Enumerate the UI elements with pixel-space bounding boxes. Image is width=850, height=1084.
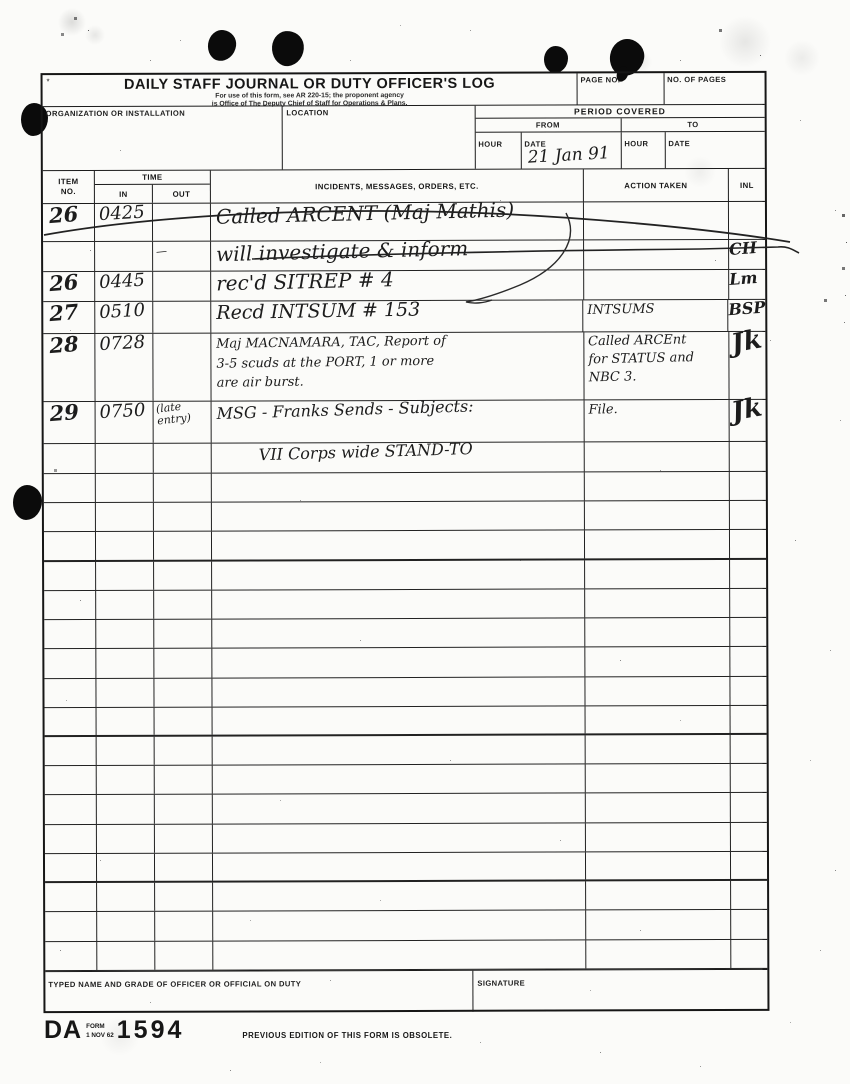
journal-entry-row: 260425Called ARCENT (Maj Mathis) <box>43 202 765 242</box>
period-covered-box: PERIOD COVERED FROM TO HOUR DATE 21 Jan … <box>475 105 765 169</box>
from-date-value: 21 Jan 91 <box>527 143 610 168</box>
time-out-cell <box>153 334 211 401</box>
time-out-cell: — <box>153 242 211 271</box>
handwritten-text: 0510 <box>99 301 146 323</box>
item-no-cell <box>44 649 96 677</box>
time-out-cell <box>155 737 213 765</box>
organization-label: ORGANIZATION OR INSTALLATION <box>46 108 279 118</box>
incidents-cell <box>213 794 586 823</box>
initials-cell <box>729 202 765 239</box>
handwritten-text: INTSUMS <box>587 301 655 321</box>
incidents-cell <box>213 706 586 734</box>
journal-empty-row <box>44 618 766 649</box>
incidents-cell <box>212 472 585 501</box>
time-out-cell <box>154 503 212 531</box>
handwritten-text: 28 <box>49 333 80 358</box>
period-from-label: FROM <box>475 118 621 131</box>
time-in-cell <box>96 444 154 473</box>
handwritten-text: Called ARCEnt for STATUS and NBC 3. <box>588 331 695 388</box>
action-taken-cell: File. <box>585 400 730 441</box>
journal-empty-row <box>44 589 766 620</box>
journal-empty-row <box>45 910 767 941</box>
item-no-cell <box>45 708 97 735</box>
initials-cell: Jk <box>729 332 765 399</box>
typed-name-box: TYPED NAME AND GRADE OF OFFICER OR OFFIC… <box>45 971 473 1013</box>
time-out-cell <box>155 824 213 852</box>
item-no-cell <box>45 795 97 823</box>
journal-empty-row <box>44 472 766 503</box>
item-no-cell <box>44 532 96 559</box>
handwritten-text: 0750 <box>99 401 146 423</box>
incidents-cell: MSG - Franks Sends - Subjects: <box>212 400 585 442</box>
incidents-cell: will investigate & inform <box>211 240 584 270</box>
corner-mark: * <box>47 77 50 86</box>
time-in-cell: 0510 <box>95 302 153 333</box>
item-no-cell <box>45 737 97 765</box>
time-in-cell: 0728 <box>95 334 153 401</box>
typed-name-label: TYPED NAME AND GRADE OF OFFICER OR OFFIC… <box>48 979 301 989</box>
time-in-cell <box>96 678 154 706</box>
initials-cell <box>730 589 766 617</box>
form-edition: FORM 1 NOV 62 <box>86 1022 114 1041</box>
time-out-cell <box>153 302 211 333</box>
time-in-cell: 0425 <box>95 204 153 241</box>
handwritten-text: Lm <box>729 269 758 288</box>
incidents-cell: Recd INTSUM # 153 <box>211 300 583 332</box>
location-label: LOCATION <box>286 108 470 118</box>
journal-rows: 260425Called ARCENT (Maj Mathis)—will in… <box>43 202 767 971</box>
initials-cell <box>730 472 766 500</box>
time-in-cell <box>97 941 155 969</box>
journal-empty-row <box>45 881 767 912</box>
time-out-cell <box>154 532 212 559</box>
item-no-cell <box>44 503 96 531</box>
time-out-cell <box>154 444 212 473</box>
action-taken-cell <box>586 910 731 939</box>
initials-cell <box>731 881 767 909</box>
incidents-header: INCIDENTS, MESSAGES, ORDERS, ETC. <box>211 169 584 202</box>
initials-cell <box>731 910 767 938</box>
item-no-cell <box>44 444 96 473</box>
handwritten-text: Maj MACNAMARA, TAC, Report of 3-5 scuds … <box>216 332 446 394</box>
journal-empty-row <box>45 822 767 853</box>
incidents-cell <box>213 881 586 910</box>
handwritten-text: Jk <box>729 393 764 426</box>
time-in-cell <box>97 912 155 940</box>
action-taken-header: ACTION TAKEN <box>584 169 729 201</box>
action-taken-cell <box>585 472 730 501</box>
time-out-cell <box>155 883 213 911</box>
handwritten-text: — <box>155 245 167 258</box>
incidents-cell: Called ARCENT (Maj Mathis) <box>211 202 584 240</box>
incidents-cell <box>213 852 586 880</box>
action-taken-cell <box>584 202 729 239</box>
item-no-cell <box>45 912 97 940</box>
from-hour-label: HOUR <box>478 140 502 149</box>
journal-empty-row <box>44 647 766 678</box>
time-out-cell <box>154 678 212 706</box>
incidents-cell <box>213 940 586 969</box>
handwritten-text: 0425 <box>98 203 145 225</box>
journal-empty-row <box>45 939 767 970</box>
action-taken-cell <box>585 618 730 647</box>
initials-cell: Lm <box>729 270 765 299</box>
da-prefix: DA <box>44 1018 82 1043</box>
item-no-cell <box>44 620 96 648</box>
no-of-pages-box: NO. OF PAGES <box>664 73 765 104</box>
time-in-cell <box>96 561 154 589</box>
handwritten-text: Jk <box>729 325 764 358</box>
action-taken-cell <box>586 881 731 910</box>
item-no-cell <box>45 766 97 794</box>
da-form-1594: * DAILY STAFF JOURNAL OR DUTY OFFICER'S … <box>41 71 770 1013</box>
action-taken-cell <box>585 442 730 471</box>
journal-empty-row <box>44 530 766 561</box>
ink-blob-2 <box>270 29 305 67</box>
initials-cell <box>730 530 766 557</box>
time-label: TIME <box>95 171 210 185</box>
time-in-cell <box>95 242 153 271</box>
handwritten-text: VII Corps wide STAND-TO <box>259 440 473 464</box>
action-taken-cell <box>585 530 730 558</box>
time-out-cell: (late entry) <box>154 402 212 443</box>
time-in-cell: 0445 <box>95 272 153 301</box>
item-no-cell: 26 <box>43 204 95 241</box>
action-taken-cell <box>586 706 731 734</box>
handwritten-text: File. <box>588 401 618 420</box>
item-no-cell <box>44 591 96 619</box>
action-taken-cell <box>584 270 729 299</box>
time-in-cell <box>97 824 155 852</box>
journal-empty-row <box>45 793 767 824</box>
action-taken-cell <box>586 764 731 793</box>
journal-entry-row: —will investigate & informCH <box>43 240 765 272</box>
item-no-cell: 27 <box>43 302 95 333</box>
to-date-label: DATE <box>668 139 690 148</box>
form-date: 1 NOV 62 <box>86 1032 114 1039</box>
to-hour-label: HOUR <box>624 139 648 148</box>
incidents-cell <box>212 560 585 589</box>
initials-cell <box>731 793 767 821</box>
time-in-cell <box>97 883 155 911</box>
incidents-cell <box>213 823 586 852</box>
action-taken-cell <box>585 560 730 589</box>
time-in-cell <box>97 854 155 881</box>
initials-cell <box>731 852 767 879</box>
handwritten-text: 0445 <box>99 271 146 293</box>
time-in-cell <box>97 766 155 794</box>
initials-header: INL <box>729 169 765 201</box>
period-to-label: TO <box>621 118 764 131</box>
time-in-cell <box>96 620 154 648</box>
title-cell: * DAILY STAFF JOURNAL OR DUTY OFFICER'S … <box>43 73 578 106</box>
item-no-cell <box>44 562 96 590</box>
time-out-cell <box>154 620 212 648</box>
scan-noise <box>0 0 1 1</box>
incidents-cell: VII Corps wide STAND-TO <box>212 442 585 472</box>
time-out-cell <box>155 912 213 940</box>
item-no-header: ITEMNO. <box>43 171 95 203</box>
handwritten-text: Called ARCENT (Maj Mathis) <box>216 200 515 229</box>
handwritten-text: Recd INTSUM # 153 <box>216 300 420 324</box>
no-of-pages-label: NO. OF PAGES <box>667 75 761 84</box>
incidents-cell <box>212 619 585 648</box>
page-no-box: PAGE NO. <box>578 73 665 104</box>
time-in-cell <box>96 591 154 619</box>
handwritten-text: 26 <box>48 203 79 228</box>
handwritten-text: (late entry) <box>155 400 191 428</box>
incidents-cell <box>212 531 585 559</box>
item-no-cell <box>45 941 97 969</box>
action-taken-cell <box>585 677 730 706</box>
time-in-cell <box>97 795 155 823</box>
binder-mark-2 <box>13 485 42 520</box>
time-in-cell <box>97 737 155 765</box>
time-out-cell <box>155 853 213 880</box>
initials-cell <box>730 647 766 675</box>
initials-cell <box>731 706 767 733</box>
action-taken-cell <box>586 939 731 968</box>
initials-cell <box>730 560 766 588</box>
journal-entry-row: 280728Maj MACNAMARA, TAC, Report of 3-5 … <box>43 332 765 402</box>
journal-empty-row <box>44 560 766 591</box>
time-out-cell <box>153 204 211 241</box>
incidents-cell <box>213 911 586 940</box>
time-in-header: IN <box>95 185 153 203</box>
time-in-cell <box>96 532 154 559</box>
journal-empty-row <box>44 501 766 532</box>
incidents-cell <box>212 648 585 677</box>
handwritten-text: 26 <box>48 271 79 296</box>
initials-cell <box>730 618 766 646</box>
time-out-cell <box>153 272 211 301</box>
action-taken-cell <box>585 501 730 530</box>
from-date-box: DATE 21 Jan 91 <box>521 132 621 168</box>
journal-entry-row: VII Corps wide STAND-TO <box>44 442 766 474</box>
signature-box: SIGNATURE <box>473 970 767 1012</box>
journal-entry-row: 290750(late entry)MSG - Franks Sends - S… <box>44 400 766 444</box>
initials-cell <box>730 676 766 704</box>
from-hour-box: HOUR <box>475 133 521 169</box>
page-no-label: PAGE NO. <box>581 75 661 84</box>
form-number: 1594 <box>117 1018 185 1043</box>
journal-empty-row <box>45 852 767 883</box>
journal-entry-row: 270510Recd INTSUM # 153INTSUMSBSP <box>43 300 765 334</box>
handwritten-text: 27 <box>48 301 79 326</box>
journal-empty-row <box>45 764 767 795</box>
handwritten-text: MSG - Franks Sends - Subjects: <box>216 397 473 422</box>
action-taken-cell <box>586 793 731 822</box>
obsolete-note: PREVIOUS EDITION OF THIS FORM IS OBSOLET… <box>242 1031 452 1040</box>
journal-entry-row: 260445rec'd SITREP # 4Lm <box>43 270 765 302</box>
incidents-cell <box>213 735 586 764</box>
period-covered-label: PERIOD COVERED <box>475 105 764 119</box>
initials-cell <box>730 501 766 529</box>
action-taken-cell: INTSUMS <box>583 300 728 331</box>
time-in-cell <box>96 503 154 531</box>
form-word: FORM <box>86 1023 105 1030</box>
org-band: ORGANIZATION OR INSTALLATION LOCATION PE… <box>43 105 765 171</box>
handwritten-text: 0728 <box>99 333 146 355</box>
action-taken-cell <box>586 735 731 764</box>
action-taken-cell: Called ARCEnt for STATUS and NBC 3. <box>584 332 729 399</box>
incidents-cell <box>213 765 586 794</box>
item-no-cell <box>45 883 97 911</box>
form-footer: DA FORM 1 NOV 62 1594 PREVIOUS EDITION O… <box>44 1018 452 1043</box>
action-taken-cell <box>585 647 730 676</box>
initials-cell <box>731 764 767 792</box>
item-no-cell <box>45 825 97 853</box>
ink-blob-1 <box>206 28 238 63</box>
time-in-cell: 0750 <box>96 402 154 443</box>
handwritten-text: 29 <box>49 401 80 426</box>
time-in-cell <box>96 474 154 502</box>
time-out-cell <box>154 474 212 502</box>
action-taken-cell <box>585 589 730 618</box>
incidents-cell <box>212 502 585 531</box>
initials-cell <box>730 442 766 471</box>
action-taken-cell <box>586 852 731 880</box>
handwritten-text: BSP <box>728 299 766 319</box>
initials-cell <box>731 939 767 967</box>
time-out-cell <box>154 561 212 589</box>
handwritten-text: rec'd SITREP # 4 <box>216 269 394 295</box>
typed-name-band: TYPED NAME AND GRADE OF OFFICER OR OFFIC… <box>45 969 767 1013</box>
form-title: DAILY STAFF JOURNAL OR DUTY OFFICER'S LO… <box>43 75 577 93</box>
organization-box: ORGANIZATION OR INSTALLATION <box>43 106 283 170</box>
incidents-cell: rec'd SITREP # 4 <box>211 270 584 300</box>
incidents-cell <box>212 589 585 618</box>
initials-cell <box>731 822 767 850</box>
initials-cell: Jk <box>730 400 766 441</box>
title-band: * DAILY STAFF JOURNAL OR DUTY OFFICER'S … <box>43 73 765 107</box>
time-in-cell <box>97 708 155 735</box>
incidents-cell: Maj MACNAMARA, TAC, Report of 3-5 scuds … <box>211 332 584 400</box>
initials-cell: CH <box>729 240 765 269</box>
item-no-cell: 28 <box>43 334 95 401</box>
initials-cell <box>731 735 767 763</box>
item-no-cell <box>44 474 96 502</box>
to-date-box: DATE <box>665 132 764 168</box>
incidents-cell <box>212 677 585 706</box>
time-out-header: OUT <box>153 185 210 203</box>
time-out-cell <box>154 590 212 618</box>
column-header-row: ITEMNO. TIME IN OUT INCIDENTS, MESSAGES,… <box>43 169 765 204</box>
time-out-cell <box>155 795 213 823</box>
time-out-cell <box>155 707 213 734</box>
journal-empty-row <box>45 735 767 766</box>
item-no-cell: 29 <box>44 402 96 443</box>
time-out-cell <box>154 649 212 677</box>
journal-empty-row <box>44 676 766 707</box>
to-hour-box: HOUR <box>621 132 665 168</box>
ink-blob-3 <box>544 46 568 73</box>
time-out-cell <box>155 941 213 969</box>
location-box: LOCATION <box>282 106 475 170</box>
handwritten-text: CH <box>728 239 757 258</box>
item-no-cell: 26 <box>43 272 95 301</box>
action-taken-cell <box>584 240 729 269</box>
scanned-page: * DAILY STAFF JOURNAL OR DUTY OFFICER'S … <box>0 0 850 1084</box>
handwritten-text: will investigate & inform <box>216 238 469 266</box>
item-no-cell <box>44 679 96 707</box>
action-taken-cell <box>586 823 731 852</box>
time-header: TIME IN OUT <box>95 171 211 203</box>
item-no-cell <box>45 854 97 881</box>
item-no-cell <box>43 242 95 271</box>
journal-empty-row <box>45 706 767 737</box>
signature-label: SIGNATURE <box>477 978 525 987</box>
time-in-cell <box>96 649 154 677</box>
time-out-cell <box>155 766 213 794</box>
